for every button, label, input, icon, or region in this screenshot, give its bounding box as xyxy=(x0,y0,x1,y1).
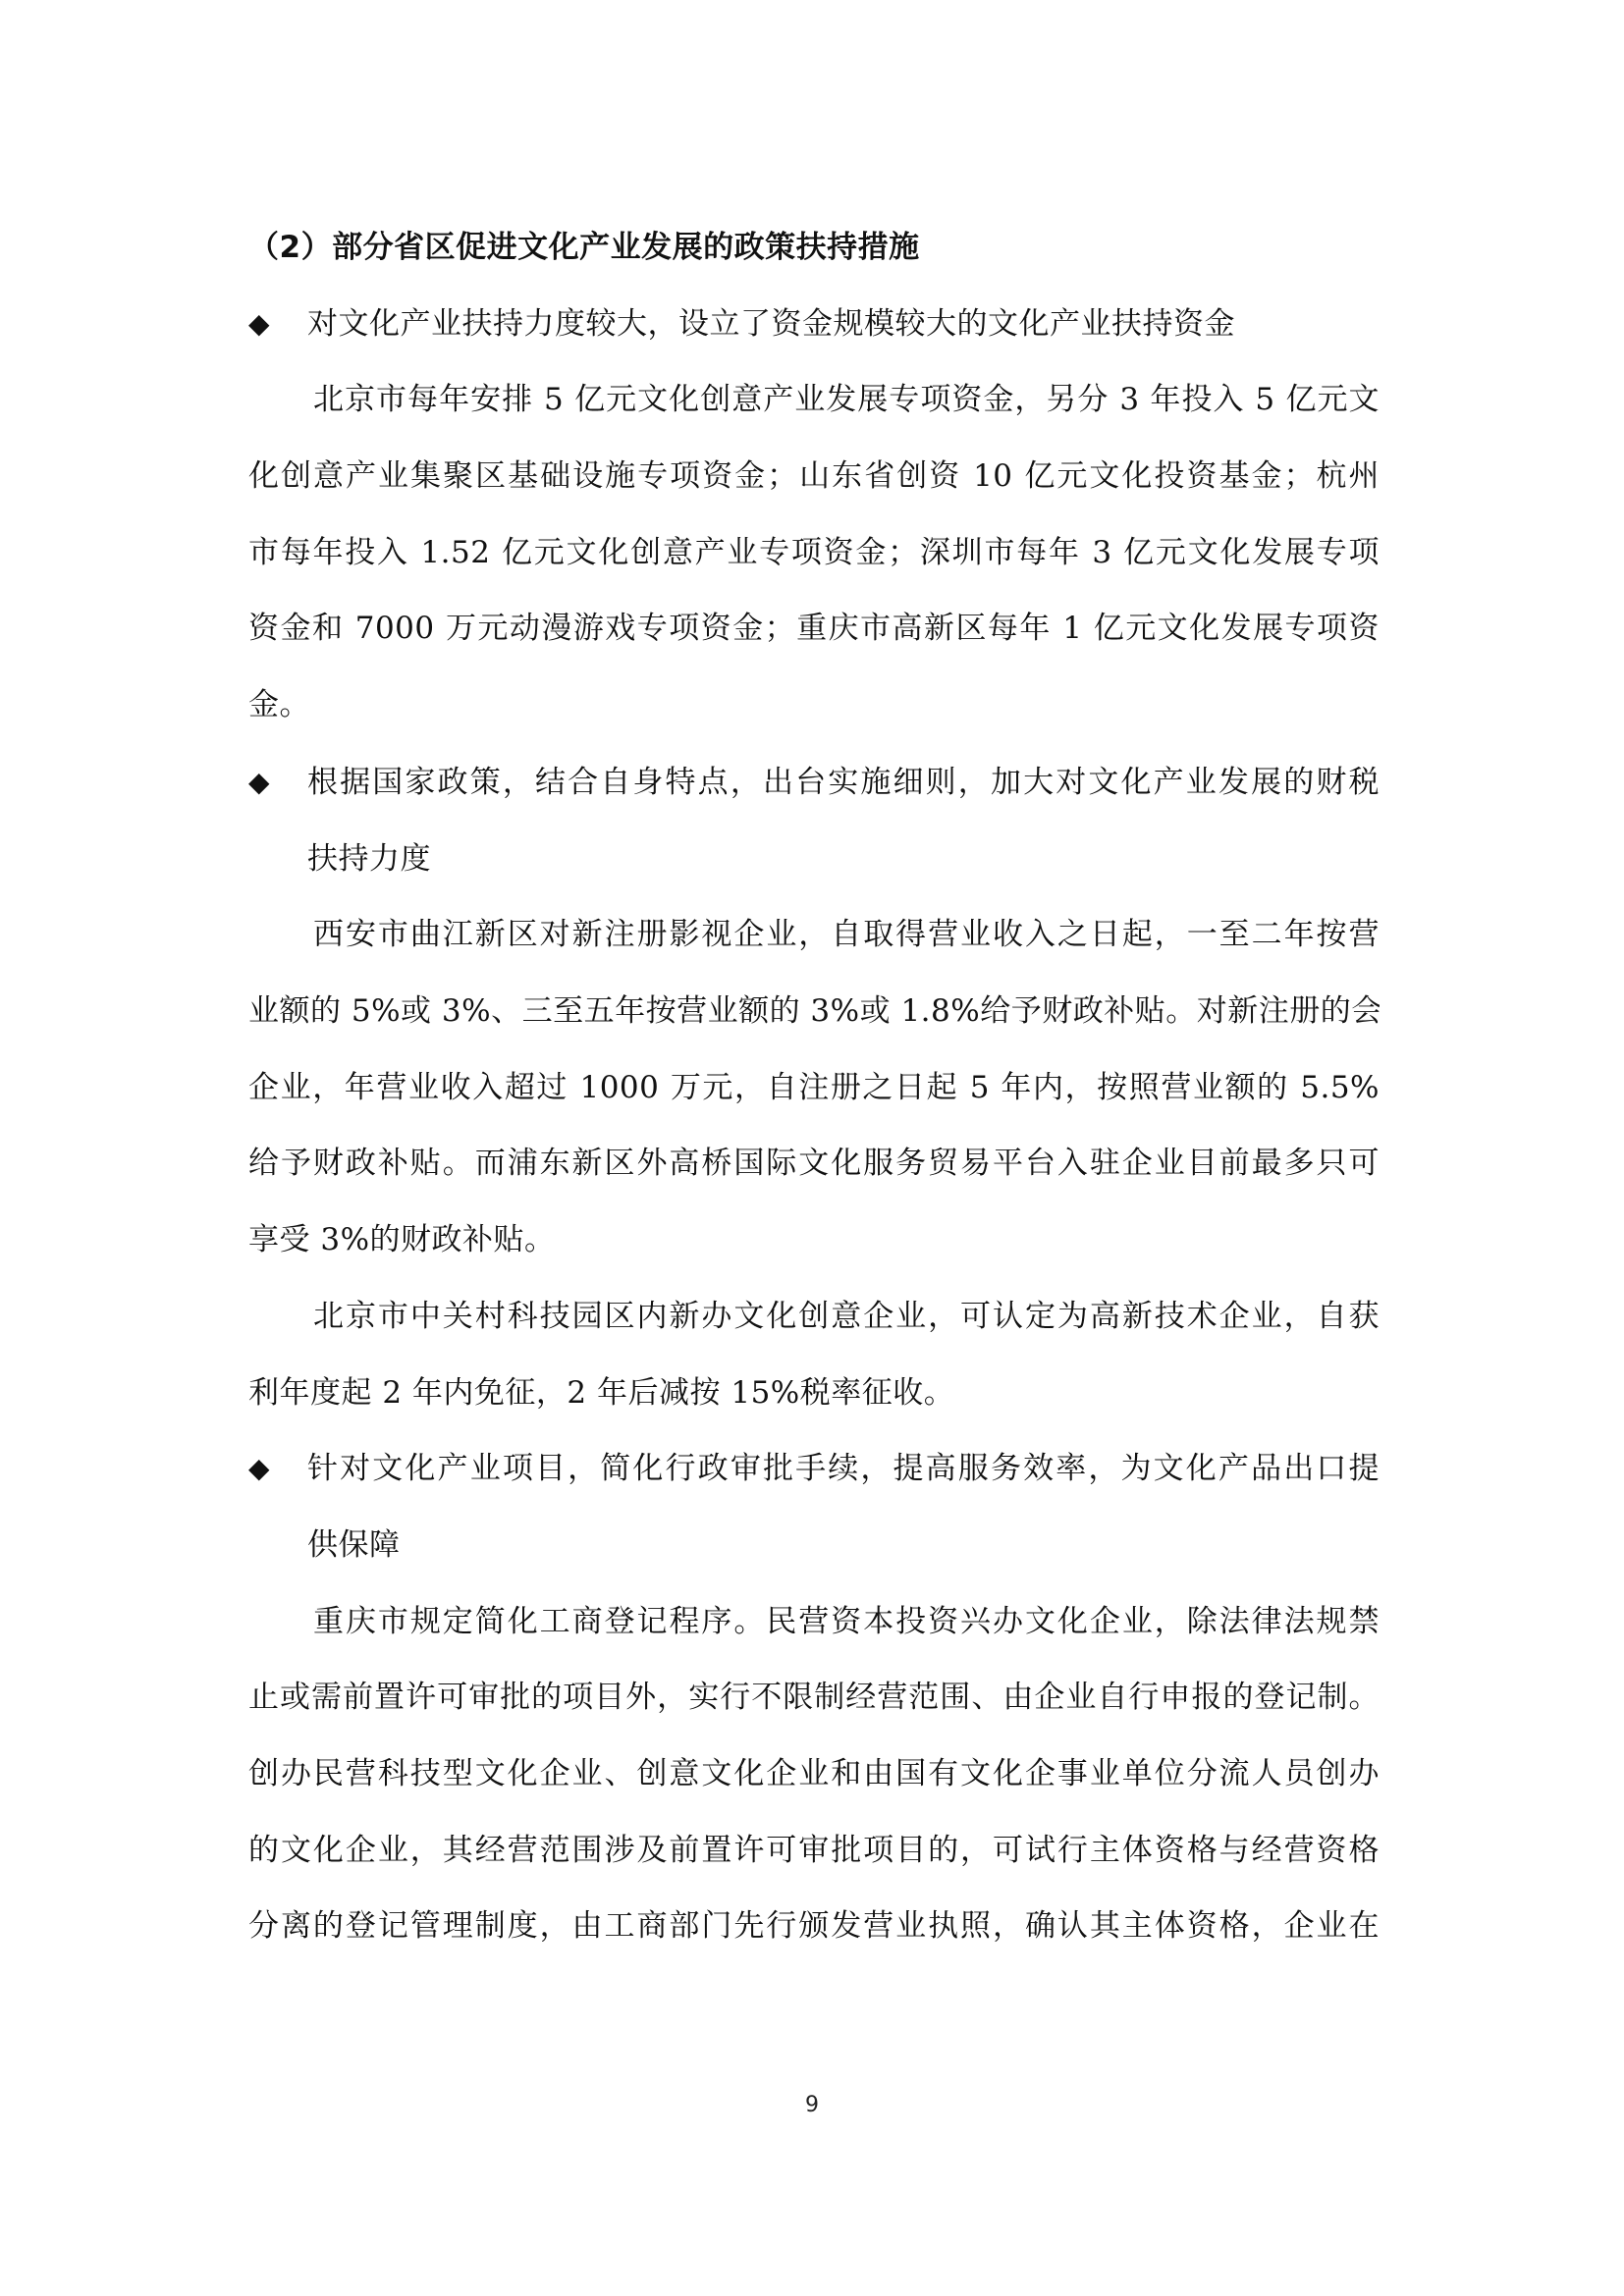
paragraph-line: 给予财政补贴。而浦东新区外高桥国际文化服务贸易平台入驻企业目前最多只可 xyxy=(248,1140,1380,1187)
paragraph-line: 西安市曲江新区对新注册影视企业，自取得营业收入之日起，一至二年按营 xyxy=(313,911,1380,958)
document-page: （2）部分省区促进文化产业发展的政策扶持措施 ◆ 对文化产业扶持力度较大，设立了… xyxy=(0,0,1624,2296)
bullet-text: 根据国家政策，结合自身特点，出台实施细则，加大对文化产业发展的财税 xyxy=(307,759,1380,806)
paragraph-line: 北京市中关村科技园区内新办文化创意企业，可认定为高新技术企业，自获 xyxy=(313,1293,1380,1340)
diamond-bullet-icon: ◆ xyxy=(248,300,288,347)
section-heading: （2）部分省区促进文化产业发展的政策扶持措施 xyxy=(248,224,1380,271)
diamond-bullet-icon: ◆ xyxy=(248,1445,288,1492)
paragraph-line: 企业，年营业收入超过 1000 万元，自注册之日起 5 年内，按照营业额的 5.… xyxy=(248,1064,1380,1111)
paragraph-line: 金。 xyxy=(248,681,1380,728)
paragraph-line: 资金和 7000 万元动漫游戏专项资金；重庆市高新区每年 1 亿元文化发展专项资 xyxy=(248,605,1380,652)
paragraph-line: 北京市每年安排 5 亿元文化创意产业发展专项资金，另分 3 年投入 5 亿元文 xyxy=(313,376,1380,423)
paragraph-line: 享受 3%的财政补贴。 xyxy=(248,1216,1380,1263)
paragraph-line: 市每年投入 1.52 亿元文化创意产业专项资金；深圳市每年 3 亿元文化发展专项 xyxy=(248,529,1380,576)
paragraph-line: 化创意产业集聚区基础设施专项资金；山东省创资 10 亿元文化投资基金；杭州 xyxy=(248,453,1380,500)
diamond-bullet-icon: ◆ xyxy=(248,759,288,806)
paragraph-line: 的文化企业，其经营范围涉及前置许可审批项目的，可试行主体资格与经营资格 xyxy=(248,1827,1380,1874)
bullet-text: 针对文化产业项目，简化行政审批手续，提高服务效率，为文化产品出口提 xyxy=(307,1445,1380,1492)
bullet-text: 对文化产业扶持力度较大，设立了资金规模较大的文化产业扶持资金 xyxy=(307,300,1380,347)
bullet-text: 扶持力度 xyxy=(307,835,1380,882)
paragraph-line: 业额的 5%或 3%、三至五年按营业额的 3%或 1.8%给予财政补贴。对新注册… xyxy=(248,988,1380,1035)
bullet-text: 供保障 xyxy=(307,1522,1380,1569)
paragraph-line: 分离的登记管理制度，由工商部门先行颁发营业执照，确认其主体资格，企业在 xyxy=(248,1902,1380,1949)
paragraph-line: 止或需前置许可审批的项目外，实行不限制经营范围、由企业自行申报的登记制。 xyxy=(248,1674,1380,1721)
paragraph-line: 创办民营科技型文化企业、创意文化企业和由国有文化企事业单位分流人员创办 xyxy=(248,1750,1380,1797)
paragraph-line: 利年度起 2 年内免征，2 年后减按 15%税率征收。 xyxy=(248,1369,1380,1416)
page-number: 9 xyxy=(0,2093,1624,2117)
paragraph-line: 重庆市规定简化工商登记程序。民营资本投资兴办文化企业，除法律法规禁 xyxy=(313,1598,1380,1645)
